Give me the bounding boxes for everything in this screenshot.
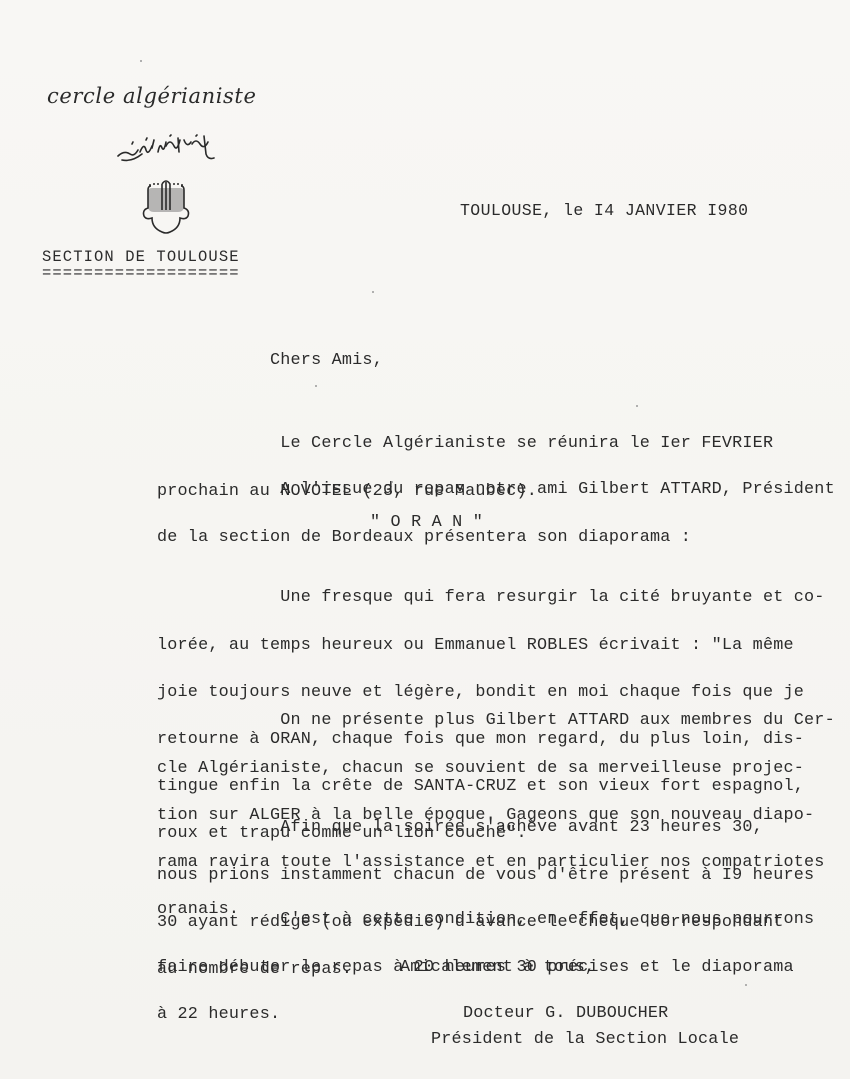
paper-speck <box>140 60 142 62</box>
event-title: " O R A N " <box>370 513 483 532</box>
text-line: Une fresque qui fera resurgir la cité br… <box>157 590 825 606</box>
text-line: Le Cercle Algérianiste se réunira le Ier… <box>157 436 773 452</box>
text-line: lorée, au temps heureux ou Emmanuel ROBL… <box>157 638 825 654</box>
arabic-calligraphy-icon <box>112 130 220 166</box>
signer-role: Président de la Section Locale <box>431 1030 739 1049</box>
paper-speck <box>391 481 393 483</box>
closing: Amicalement à tous, <box>400 958 595 977</box>
text-line: cle Algérianiste, chacun se souvient de … <box>157 761 835 777</box>
date-line: TOULOUSE, le I4 JANVIER I980 <box>460 201 748 220</box>
paper-speck <box>372 291 374 293</box>
text-line: A l'issue du repas notre ami Gilbert ATT… <box>157 482 835 498</box>
org-name: cercle algérianiste <box>47 84 256 108</box>
paper-speck <box>636 405 638 407</box>
paper-speck <box>745 984 747 986</box>
paragraph-speaker: A l'issue du repas notre ami Gilbert ATT… <box>157 451 835 577</box>
text-line: C'est à cette condition, en effet, que n… <box>157 912 814 928</box>
letter-page: cercle algérianiste SECTION DE TOULOUSE … <box>0 0 850 1079</box>
paper-speck <box>315 385 317 387</box>
text-line: On ne présente plus Gilbert ATTARD aux m… <box>157 713 835 729</box>
signer-name: Docteur G. DUBOUCHER <box>463 1004 668 1023</box>
section-underline: =================== <box>42 264 240 282</box>
hamsa-hand-icon <box>140 178 192 234</box>
text-line: de la section de Bordeaux présentera son… <box>157 530 835 546</box>
salutation: Chers Amis, <box>270 351 383 370</box>
text-line: Afin que la soirée s'achève avant 23 heu… <box>157 820 814 836</box>
